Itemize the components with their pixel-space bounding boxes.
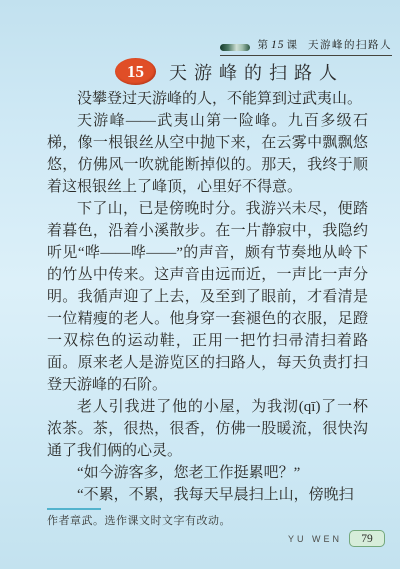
page-number-badge: 79 bbox=[349, 530, 385, 547]
paragraph-3: 下了山，已是傍晚时分。我游兴未尽，便踏着暮色，沿着小溪散步。在一片静寂中，我隐约… bbox=[47, 198, 368, 396]
lesson-marker-bar-icon bbox=[220, 44, 250, 51]
running-header: 第15课天游峰的扫路人 bbox=[220, 37, 393, 56]
paragraph-4: 老人引我进了他的小屋，为我沏(qī)了一杯浓茶。茶，很热，很香，仿佛一股暖流，很… bbox=[47, 396, 368, 462]
paragraph-1: 没攀登过天游峰的人，不能算到过武夷山。 bbox=[47, 88, 368, 110]
lesson-prefix: 第 bbox=[258, 40, 270, 51]
footnote-text: 作者章武。选作课文时文字有改动。 bbox=[47, 512, 231, 528]
lesson-number-badge: 15 bbox=[115, 58, 156, 85]
lesson-body: 没攀登过天游峰的人，不能算到过武夷山。 天游峰——武夷山第一险峰。九百多级石梯，… bbox=[47, 88, 368, 506]
page-footer: YU WEN 79 bbox=[288, 530, 385, 547]
running-lesson-title: 天游峰的扫路人 bbox=[308, 40, 392, 51]
paragraph-6-dialogue: “不累，不累，我每天早晨扫上山，傍晚扫 bbox=[47, 484, 368, 506]
footnote-divider bbox=[47, 508, 101, 510]
running-lesson-label: 第15课天游峰的扫路人 bbox=[258, 37, 393, 52]
subject-label: YU WEN bbox=[288, 534, 342, 544]
textbook-page: 第15课天游峰的扫路人 15 天游峰的扫路人 没攀登过天游峰的人，不能算到过武夷… bbox=[0, 0, 400, 569]
lesson-number: 15 bbox=[269, 39, 287, 51]
paragraph-5-dialogue: “如今游客多，您老工作挺累吧？” bbox=[47, 462, 368, 484]
lesson-title: 15 天游峰的扫路人 bbox=[115, 58, 344, 85]
lesson-title-text: 天游峰的扫路人 bbox=[169, 59, 344, 85]
lesson-suffix: 课 bbox=[287, 40, 299, 51]
paragraph-2: 天游峰——武夷山第一险峰。九百多级石梯，像一根银丝从空中抛下来，在云雾中飘飘悠悠… bbox=[47, 110, 368, 198]
